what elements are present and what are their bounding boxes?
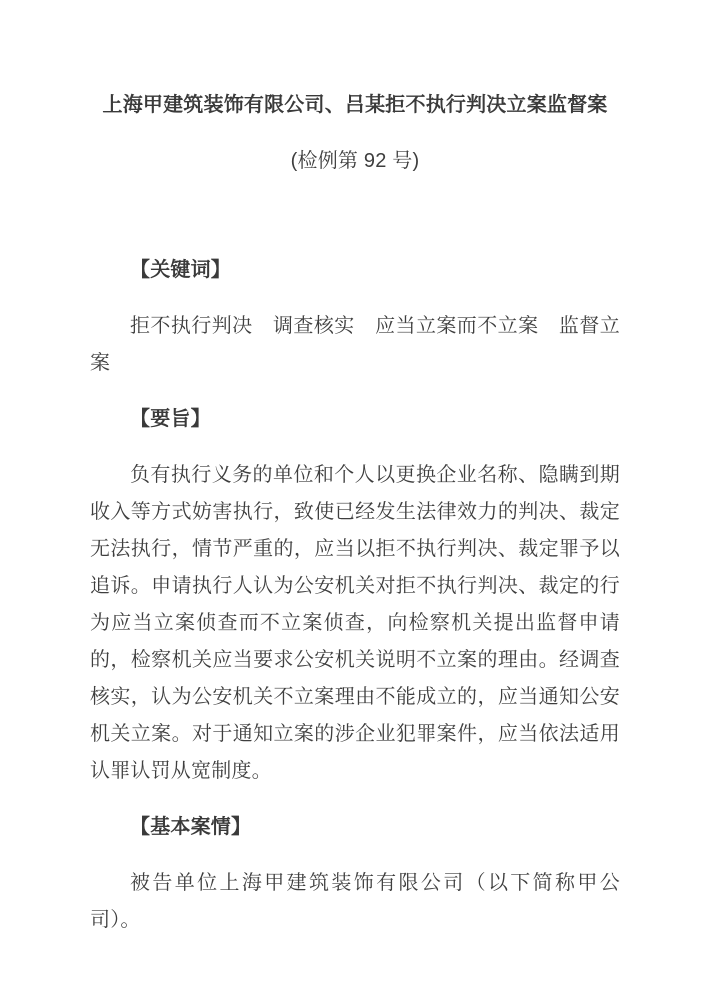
section-heading-basic-facts: 【基本案情】	[90, 809, 620, 846]
section-body-keywords: 拒不执行判决 调查核实 应当立案而不立案 监督立案	[90, 308, 620, 382]
document-page: 上海甲建筑装饰有限公司、吕某拒不执行判决立案监督案 (检例第 92 号) 【关键…	[0, 0, 707, 999]
section-basic-facts: 【基本案情】 被告单位上海甲建筑装饰有限公司（以下简称甲公司）。	[90, 809, 620, 939]
section-body-summary: 负有执行义务的单位和个人以更换企业名称、隐瞒到期收入等方式妨害执行，致使已经发生…	[90, 457, 620, 790]
section-summary: 【要旨】 负有执行义务的单位和个人以更换企业名称、隐瞒到期收入等方式妨害执行，致…	[90, 401, 620, 790]
section-heading-summary: 【要旨】	[90, 401, 620, 438]
document-sections: 【关键词】 拒不执行判决 调查核实 应当立案而不立案 监督立案 【要旨】 负有执…	[90, 199, 620, 939]
document-title: 上海甲建筑装饰有限公司、吕某拒不执行判决立案监督案	[90, 87, 620, 124]
section-keywords: 【关键词】 拒不执行判决 调查核实 应当立案而不立案 监督立案	[90, 252, 620, 382]
section-body-basic-facts: 被告单位上海甲建筑装饰有限公司（以下简称甲公司）。	[90, 865, 620, 939]
section-heading-keywords: 【关键词】	[90, 252, 620, 289]
case-number: (检例第 92 号)	[90, 143, 620, 180]
